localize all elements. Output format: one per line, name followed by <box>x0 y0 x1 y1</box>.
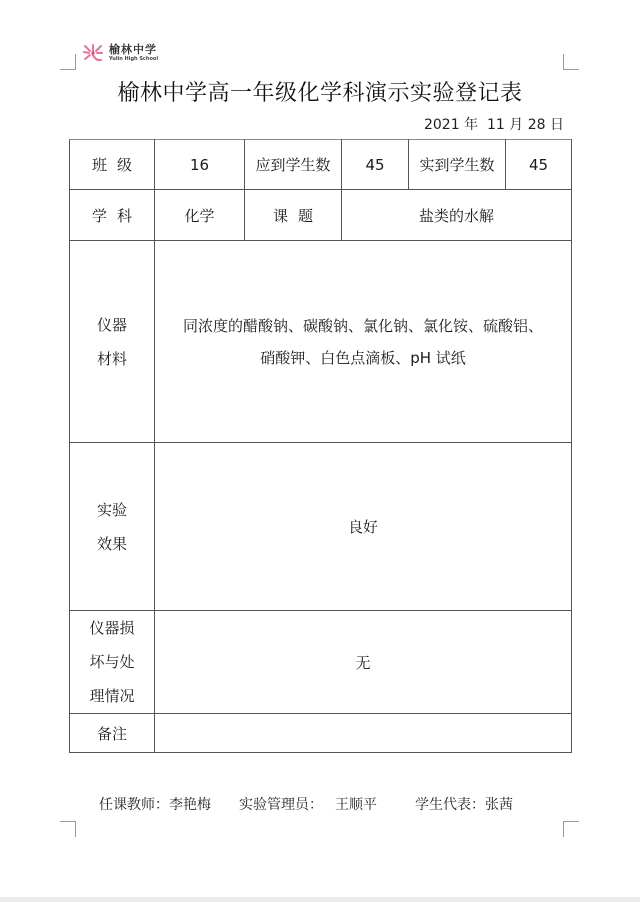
damage-label-line3: 理情况 <box>70 679 154 713</box>
record-date: 2021 年 11 月 28 日 <box>424 114 564 134</box>
date-month-label: 月 <box>509 117 523 133</box>
admin-signature: 实验管理员：王顺平 <box>239 794 377 814</box>
date-day-label: 日 <box>550 117 564 133</box>
result-value: 良好 <box>155 443 572 611</box>
crop-mark-bottom-left <box>60 821 76 837</box>
student-name: 张茜 <box>485 794 513 814</box>
remarks-value <box>155 714 572 753</box>
experiment-record-table: 班级 16 应到学生数 45 实到学生数 45 学科 化学 课题 盐类的水解 仪… <box>69 139 572 753</box>
school-emblem-icon <box>82 43 104 63</box>
materials-label: 仪器 材料 <box>70 241 155 443</box>
class-label: 班级 <box>70 140 155 190</box>
table-row-class: 班级 16 应到学生数 45 实到学生数 45 <box>70 140 572 190</box>
topic-label: 课题 <box>245 190 342 241</box>
crop-mark-bottom-right <box>563 821 579 837</box>
student-label: 学生代表： <box>415 794 485 814</box>
subject-label: 学科 <box>70 190 155 241</box>
table-row-materials: 仪器 材料 同浓度的醋酸钠、碳酸钠、氯化钠、氯化铵、硫酸铝、 硝酸钾、白色点滴板… <box>70 241 572 443</box>
table-row-result: 实验 效果 良好 <box>70 443 572 611</box>
signature-footer: 任课教师：李艳梅 实验管理员：王顺平 学生代表：张茜 <box>99 794 513 814</box>
damage-label-line1: 仪器损 <box>70 611 154 645</box>
result-label-line2: 效果 <box>70 527 154 561</box>
expected-students-label: 应到学生数 <box>245 140 342 190</box>
teacher-name: 李艳梅 <box>169 794 211 814</box>
admin-name: 王顺平 <box>335 794 377 814</box>
student-signature: 学生代表：张茜 <box>415 794 513 814</box>
remarks-label: 备注 <box>70 714 155 753</box>
actual-students-label: 实到学生数 <box>409 140 506 190</box>
page-bottom-edge <box>0 897 640 902</box>
table-row-damage: 仪器损 坏与处 理情况 无 <box>70 611 572 714</box>
admin-label: 实验管理员： <box>239 794 323 814</box>
document-page: 榆林中学 Yulin High School 榆林中学高一年级化学科演示实验登记… <box>0 0 640 902</box>
date-year: 2021 <box>424 117 460 133</box>
subject-value: 化学 <box>155 190 245 241</box>
topic-value: 盐类的水解 <box>342 190 572 241</box>
crop-mark-top-left <box>60 54 76 70</box>
school-logo: 榆林中学 Yulin High School <box>82 43 158 63</box>
materials-value-line1: 同浓度的醋酸钠、碳酸钠、氯化钠、氯化铵、硫酸铝、 <box>159 310 567 342</box>
materials-label-line2: 材料 <box>70 342 154 376</box>
materials-label-line1: 仪器 <box>70 308 154 342</box>
result-label: 实验 效果 <box>70 443 155 611</box>
date-year-label: 年 <box>464 117 478 133</box>
damage-label: 仪器损 坏与处 理情况 <box>70 611 155 714</box>
materials-value-line2: 硝酸钾、白色点滴板、pH 试纸 <box>159 342 567 374</box>
damage-value: 无 <box>155 611 572 714</box>
table-row-subject: 学科 化学 课题 盐类的水解 <box>70 190 572 241</box>
teacher-label: 任课教师： <box>99 794 169 814</box>
table-row-remarks: 备注 <box>70 714 572 753</box>
logo-name-cn: 榆林中学 <box>109 44 158 55</box>
actual-students-value: 45 <box>506 140 572 190</box>
class-value: 16 <box>155 140 245 190</box>
date-day: 28 <box>528 117 546 133</box>
crop-mark-top-right <box>563 54 579 70</box>
logo-name-en: Yulin High School <box>109 57 158 62</box>
result-label-line1: 实验 <box>70 493 154 527</box>
materials-value: 同浓度的醋酸钠、碳酸钠、氯化钠、氯化铵、硫酸铝、 硝酸钾、白色点滴板、pH 试纸 <box>155 241 572 443</box>
expected-students-value: 45 <box>342 140 409 190</box>
date-month: 11 <box>487 117 505 133</box>
teacher-signature: 任课教师：李艳梅 <box>99 794 211 814</box>
page-title: 榆林中学高一年级化学科演示实验登记表 <box>0 76 640 107</box>
damage-label-line2: 坏与处 <box>70 645 154 679</box>
